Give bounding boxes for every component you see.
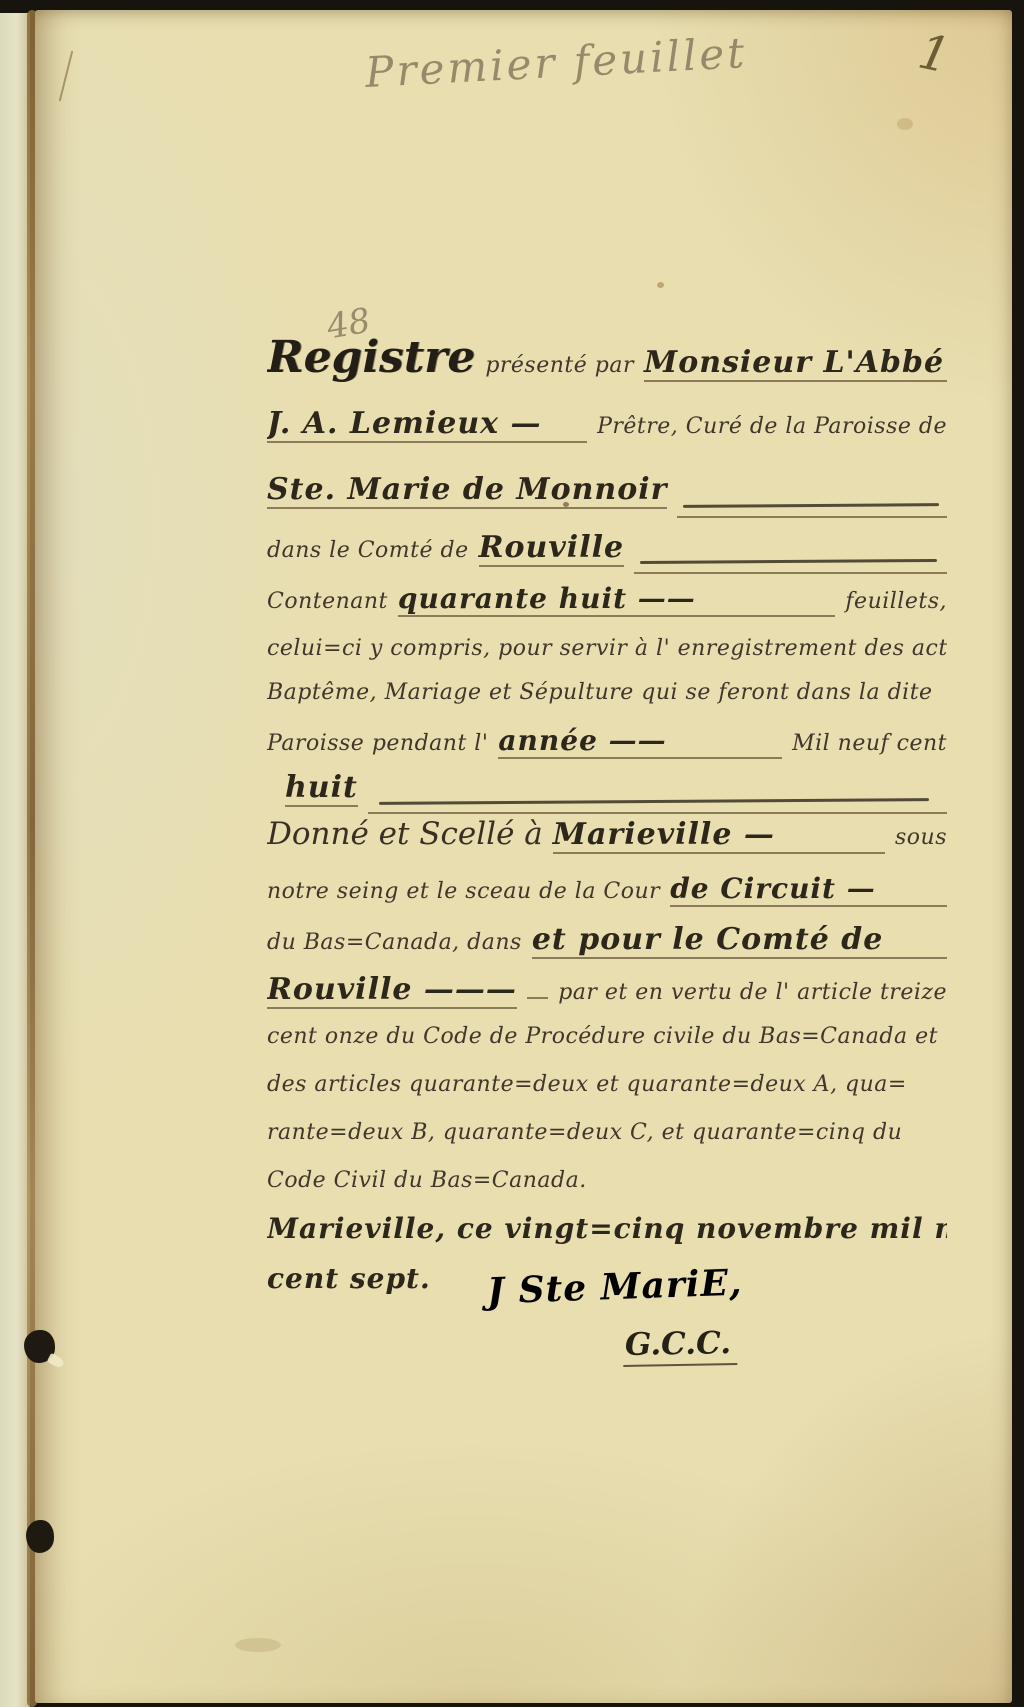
printed-label: Paroisse pendant l'	[267, 731, 488, 756]
form-line-text: des articles quarante=deux et quarante=d…	[267, 1072, 947, 1112]
form-line-text: Baptême, Mariage et Sépulture qui se fer…	[267, 680, 947, 720]
printed-label: notre seing et le sceau de la Cour	[267, 879, 660, 904]
ruled-blank	[527, 997, 548, 999]
scanned-register-page: Premier feuillet 1 48 Registre présenté …	[0, 0, 1024, 1707]
printed-label: Mil neuf cent	[792, 731, 947, 756]
printed-text: Baptême, Mariage et Sépulture qui se fer…	[267, 680, 933, 705]
register-title: Registre	[267, 332, 475, 383]
form-line-year-value: huit	[267, 770, 947, 814]
entry-place-sealed: Marieville —	[553, 817, 885, 854]
entry-district: et pour le Comté de	[532, 922, 947, 959]
printed-label: dans le Comté de	[267, 538, 469, 563]
entry-sheet-count: quarante huit ——	[398, 582, 836, 617]
signature-initials: G.C.C.	[623, 1325, 738, 1367]
header-annotation: Premier feuillet	[364, 28, 748, 97]
printed-label: présenté par	[485, 353, 634, 378]
form-line-priest: J. A. Lemieux — Prêtre, Curé de la Paroi…	[267, 406, 947, 452]
form-line-registre: Registre présenté par Monsieur L'Abbé —	[267, 332, 947, 390]
paper-crack	[59, 51, 74, 102]
entry-county-name: Rouville	[479, 530, 624, 567]
entry-court-type: de Circuit —	[670, 872, 947, 907]
form-line-text: Code Civil du Bas=Canada.	[267, 1168, 947, 1208]
printed-label: par et en vertu de l' article treize	[558, 980, 947, 1005]
printed-text: celui=ci y compris, pour servir à l' enr…	[267, 636, 947, 661]
ink-stain	[657, 282, 664, 288]
entry-parish-name: Ste. Marie de Monnoir	[267, 472, 667, 509]
printed-label: Prêtre, Curé de la Paroisse de	[597, 414, 947, 439]
printed-label: feuillets,	[845, 589, 947, 614]
form-line-text: rante=deux B, quarante=deux C, et quaran…	[267, 1120, 947, 1160]
form-line-county: dans le Comté de Rouville	[267, 530, 947, 574]
printed-label: du Bas=Canada, dans	[267, 930, 522, 955]
form-line-text: celui=ci y compris, pour servir à l' enr…	[267, 636, 947, 676]
page-number: 1	[914, 23, 956, 84]
entry-year-word: année ——	[498, 724, 782, 759]
form-line-district: du Bas=Canada, dans et pour le Comté de	[267, 922, 947, 968]
printed-label: sous	[895, 825, 947, 850]
form-line-sealed: Donné et Scellé à Marieville — sous	[267, 816, 947, 868]
printed-text: Code Civil du Bas=Canada.	[267, 1168, 587, 1193]
ruled-blank	[634, 530, 947, 574]
entry-county-name-2: Rouville ———	[267, 972, 517, 1009]
handwritten-dateline: Marieville, ce vingt=cinq novembre mil n…	[267, 1212, 947, 1245]
entry-year-number: huit	[285, 770, 358, 807]
printed-text: des articles quarante=deux et quarante=d…	[267, 1072, 907, 1097]
paper-page: Premier feuillet 1 48 Registre présenté …	[35, 10, 1012, 1703]
entry-priest-name: J. A. Lemieux —	[267, 406, 587, 443]
form-line-year: Paroisse pendant l' année —— Mil neuf ce…	[267, 724, 947, 768]
ruled-blank	[677, 472, 947, 518]
form-line-contains: Contenant quarante huit —— feuillets,	[267, 582, 947, 628]
printed-text: cent onze du Code de Procédure civile du…	[267, 1024, 938, 1049]
printed-label: Contenant	[267, 589, 388, 614]
paper-stain	[235, 1638, 281, 1652]
printed-text: rante=deux B, quarante=deux C, et quaran…	[267, 1120, 902, 1145]
handwritten-year: cent sept.	[267, 1262, 431, 1295]
form-line-county2: Rouville ——— par et en vertu de l' artic…	[267, 972, 947, 1018]
form-line-court: notre seing et le sceau de la Cour de Ci…	[267, 872, 947, 916]
dateline: Marieville, ce vingt=cinq novembre mil n…	[267, 1212, 947, 1258]
form-line-text: cent onze du Code de Procédure civile du…	[267, 1024, 947, 1064]
previous-page-edge	[0, 13, 30, 1707]
form-line-parish: Ste. Marie de Monnoir	[267, 472, 947, 518]
entry-presented-by: Monsieur L'Abbé —	[644, 345, 947, 382]
ruled-blank	[368, 770, 947, 814]
printed-label: Donné et Scellé à	[267, 816, 543, 852]
signature: J Ste MariE,	[486, 1262, 743, 1313]
punch-hole	[26, 1520, 54, 1553]
paper-stain	[897, 118, 913, 130]
